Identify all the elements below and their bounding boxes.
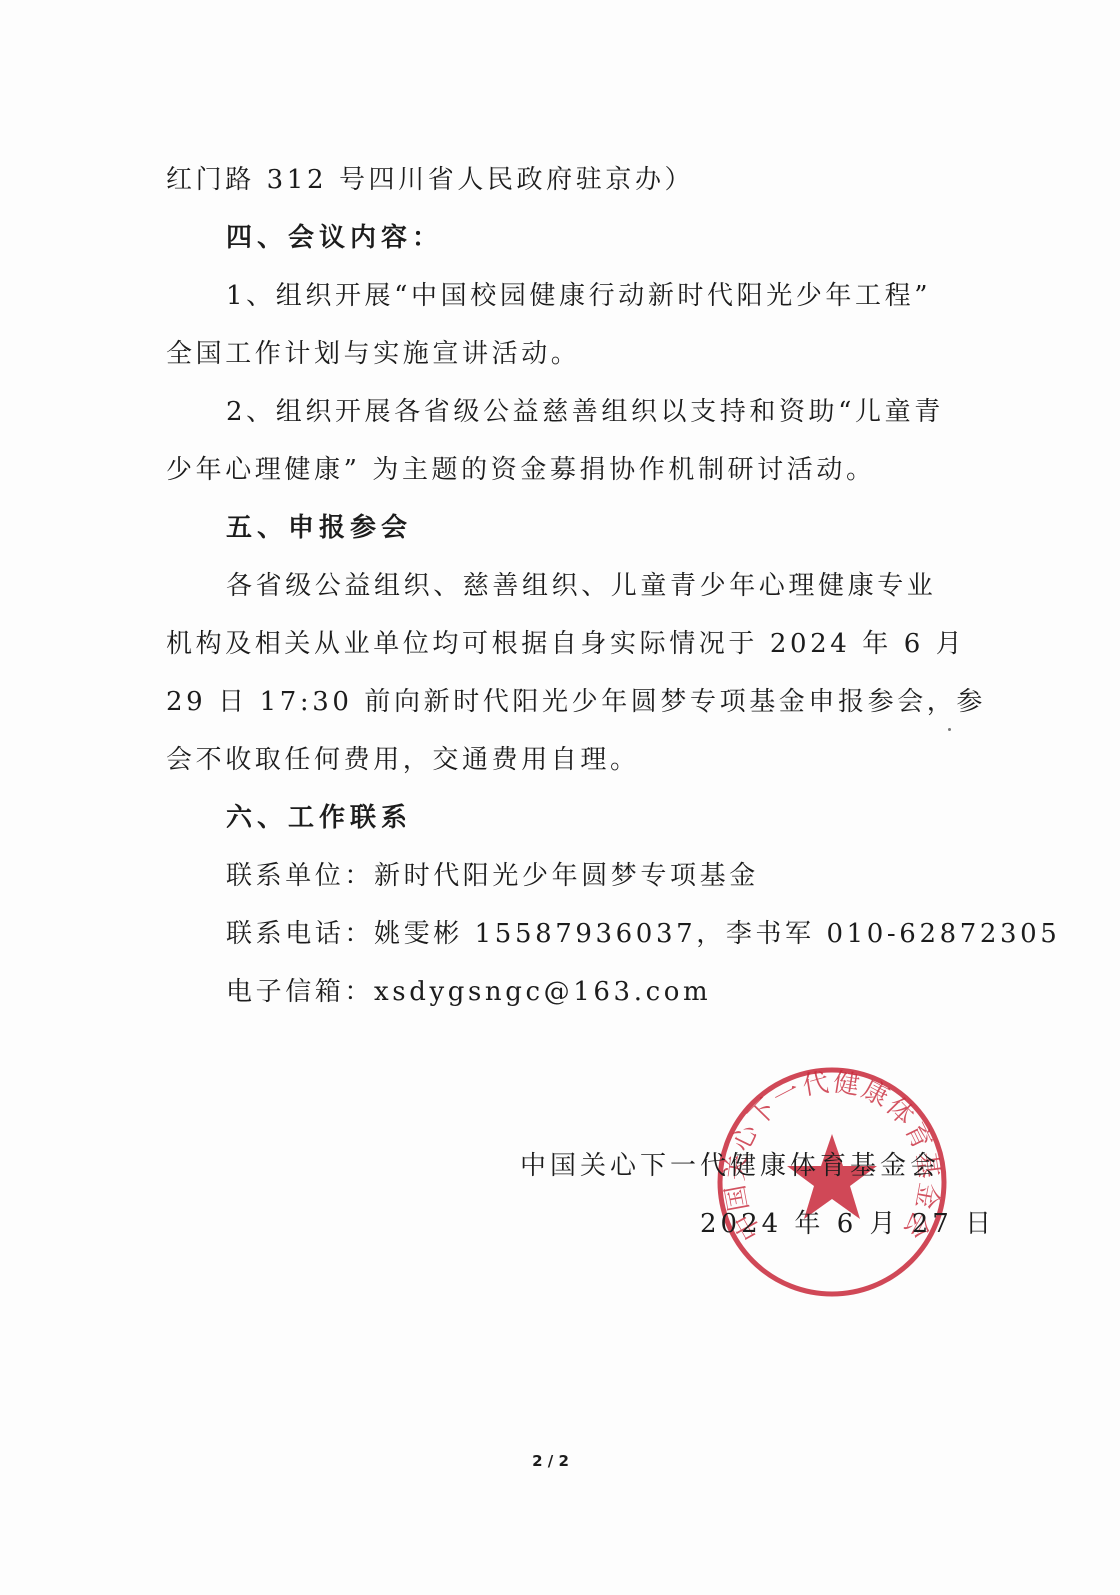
section-heading-registration: 五、申报参会 (226, 508, 1006, 548)
signature-organization: 中国关心下一代健康体育基金会 (520, 1146, 940, 1186)
body-line: 2、组织开展各省级公益慈善组织以支持和资助“儿童青 (226, 392, 1006, 432)
contact-unit: 联系单位：新时代阳光少年圆梦专项基金 (226, 856, 1006, 896)
body-line: 29 日 17:30 前向新时代阳光少年圆梦专项基金申报参会，参 (166, 682, 946, 722)
document-page: 红门路 312 号四川省人民政府驻京办） 四、会议内容： 1、组织开展“中国校园… (0, 0, 1120, 1595)
signature-date: 2024 年 6 月 27 日 (700, 1204, 995, 1244)
body-line: 少年心理健康” 为主题的资金募捐协作机制研讨活动。 (166, 450, 946, 490)
section-heading-contact: 六、工作联系 (226, 798, 1006, 838)
body-line: 会不收取任何费用，交通费用自理。 (166, 740, 946, 780)
body-line: 各省级公益组织、慈善组织、儿童青少年心理健康专业 (226, 566, 1006, 606)
contact-email: 电子信箱：xsdygsngc@163.com (226, 972, 1006, 1012)
body-line: 全国工作计划与实施宣讲活动。 (166, 334, 946, 374)
body-line: 红门路 312 号四川省人民政府驻京办） (166, 160, 946, 200)
contact-phone: 联系电话：姚雯彬 15587936037，李书军 010-62872305 (226, 914, 1006, 954)
page-number: 2 / 2 (0, 1452, 1101, 1470)
body-line: 机构及相关从业单位均可根据自身实际情况于 2024 年 6 月 (166, 624, 946, 664)
scan-speck (948, 728, 951, 731)
section-heading-meeting-content: 四、会议内容： (226, 218, 1006, 258)
body-line: 1、组织开展“中国校园健康行动新时代阳光少年工程” (226, 276, 1006, 316)
